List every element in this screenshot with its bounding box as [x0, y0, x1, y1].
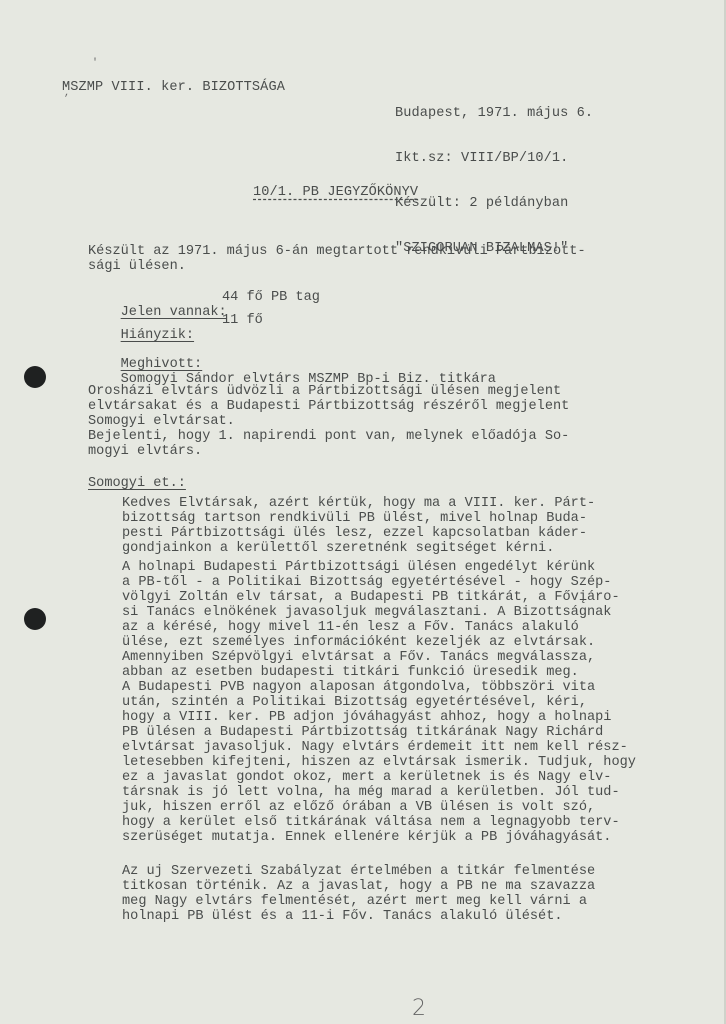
page-number: 2: [412, 996, 426, 1021]
place-date: Budapest, 1971. május 6.: [395, 106, 593, 121]
attendance-label: Hiányzik:: [121, 328, 194, 343]
document-title: 10/1. PB JEGYZŐKÖNYV: [253, 185, 418, 200]
attendance-value: 44 fő PB tag: [222, 290, 320, 305]
punch-hole-bottom: [24, 608, 46, 630]
file-number: Ikt.sz: VIII/BP/10/1.: [395, 151, 593, 166]
organization-header: MSZMP VIII. ker. BIZOTTSÁGA: [62, 80, 285, 95]
copies-note: Készült: 2 példányban: [395, 196, 593, 211]
attendance-label: Meghivott:: [121, 357, 203, 372]
attendance-value: 11 fő: [222, 313, 263, 328]
speech-paragraph: A holnapi Budapesti Pártbizottsági ülése…: [122, 560, 636, 845]
speech-paragraph: Az uj Szervezeti Szabályzat értelmében a…: [122, 864, 595, 924]
speech-paragraph: Kedves Elvtársak, azért kértük, hogy ma …: [122, 496, 595, 556]
punch-hole-top: [24, 366, 46, 388]
stray-mark: ': [92, 58, 98, 69]
speaker-label: Somogyi et.:: [88, 476, 186, 491]
opening-paragraph: Orosházi elvtárs üdvözli a Pártbizottság…: [88, 384, 569, 459]
intro-paragraph: Készült az 1971. május 6-án megtartott r…: [88, 244, 586, 274]
document-page: ' , MSZMP VIII. ker. BIZOTTSÁGA Budapest…: [0, 0, 726, 1024]
